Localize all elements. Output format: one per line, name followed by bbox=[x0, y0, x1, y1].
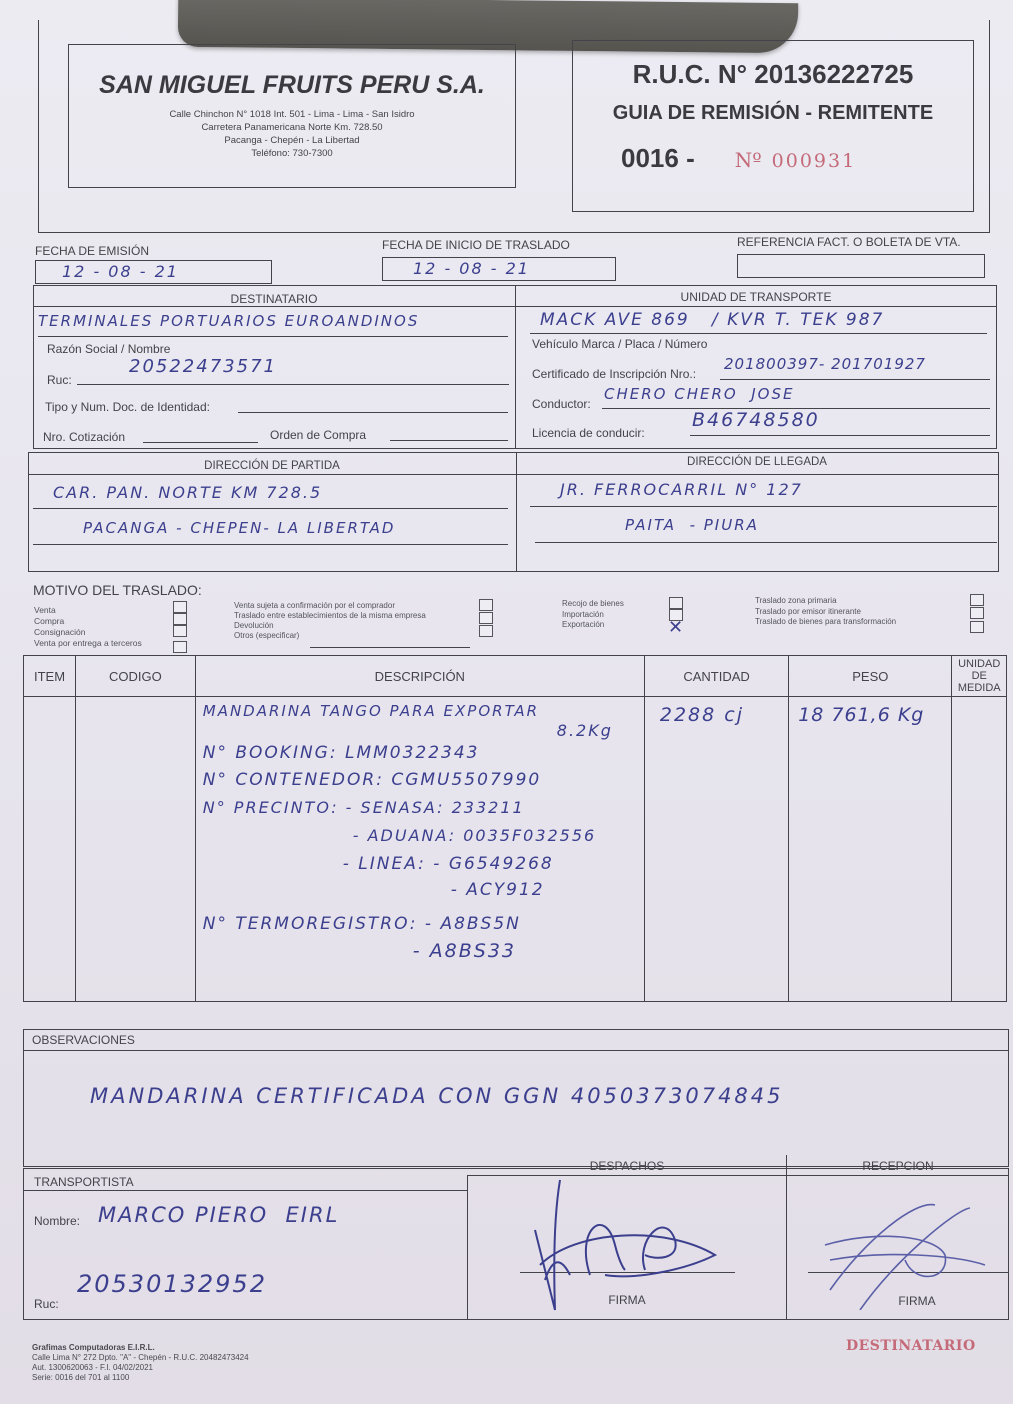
items-table: ITEM CODIGO DESCRIPCIÓN CANTIDAD PESO UN… bbox=[23, 655, 1007, 1002]
observaciones-header-line bbox=[23, 1050, 1009, 1051]
items-header-row: ITEM CODIGO DESCRIPCIÓN CANTIDAD PESO UN… bbox=[24, 656, 1007, 697]
header-cantidad: CANTIDAD bbox=[644, 656, 788, 697]
printer-series: Serie: 0016 del 701 al 1100 bbox=[32, 1373, 249, 1383]
checkbox-venta-sujeta[interactable] bbox=[479, 599, 493, 611]
fecha-inicio-field[interactable]: 12 - 08 - 21 bbox=[382, 257, 616, 281]
licencia-value: B46748580 bbox=[692, 409, 820, 431]
motivo-col3: Recojo de bienes Importación Exportación bbox=[562, 599, 624, 631]
peso-value: 18 761,6 Kg bbox=[790, 698, 950, 726]
llegada-value-2: PAITA - PIURA bbox=[625, 516, 759, 534]
checkbox-recojo[interactable] bbox=[669, 597, 683, 609]
cell-codigo bbox=[76, 697, 196, 1002]
motivo-venta: Venta bbox=[34, 605, 142, 616]
fecha-emision-field[interactable]: 12 - 08 - 21 bbox=[35, 260, 272, 284]
licencia-field[interactable]: B46748580 bbox=[690, 409, 990, 436]
despachos-signature-icon bbox=[515, 1170, 745, 1330]
checkbox-traslado-establecimientos[interactable] bbox=[479, 612, 493, 624]
vehiculo-field[interactable]: MACK AVE 869 / KVR T. TEK 987 bbox=[530, 309, 987, 334]
conductor-value: CHERO CHERO JOSE bbox=[604, 385, 794, 403]
company-name: SAN MIGUEL FRUITS PERU S.A. bbox=[69, 71, 515, 100]
cell-peso: 18 761,6 Kg bbox=[789, 697, 952, 1002]
doc-identidad-field[interactable] bbox=[238, 398, 508, 413]
conductor-field[interactable]: CHERO CHERO JOSE bbox=[602, 384, 990, 409]
motivo-compra: Compra bbox=[34, 616, 142, 627]
checkbox-transformacion[interactable] bbox=[970, 621, 984, 633]
motivo-venta-terceros: Venta por entrega a terceros bbox=[34, 638, 142, 649]
divider-vertical bbox=[515, 285, 516, 449]
header-item: ITEM bbox=[24, 656, 76, 697]
motivo-emisor-itinerante: Traslado por emisor itinerante bbox=[755, 607, 896, 618]
checkbox-exportacion[interactable]: ✕ bbox=[669, 622, 683, 634]
document-number-prefix: Nº bbox=[735, 148, 762, 172]
referencia-field[interactable] bbox=[737, 254, 985, 278]
company-address-3: Pacanga - Chepén - La Libertad bbox=[69, 134, 515, 147]
printer-authorization: Aut. 1300620063 - F.I. 04/02/2021 bbox=[32, 1363, 249, 1373]
transporte-title: UNIDAD DE TRANSPORTE bbox=[516, 290, 996, 304]
transportista-title: TRANSPORTISTA bbox=[34, 1175, 134, 1189]
desc-precinto: N° PRECINTO: - SENASA: 233211 bbox=[203, 794, 643, 822]
partida-line-2[interactable]: PACANGA - CHEPEN- LA LIBERTAD bbox=[33, 514, 508, 545]
razon-social-field[interactable]: TERMINALES PORTUARIOS EUROANDINOS bbox=[38, 312, 508, 337]
printer-address: Calle Lima N° 272 Dpto. "A" - Chepén - R… bbox=[32, 1353, 249, 1363]
checkbox-compra[interactable] bbox=[173, 613, 187, 625]
razon-social-value: TERMINALES PORTUARIOS EUROANDINOS bbox=[38, 312, 419, 330]
observaciones-text[interactable]: MANDARINA CERTIFICADA CON GGN 4050373074… bbox=[90, 1084, 784, 1108]
transportista-nombre-label: Nombre: bbox=[34, 1214, 80, 1228]
motivo-exportacion: Exportación bbox=[562, 620, 624, 631]
company-phone: Teléfono: 730-7300 bbox=[69, 147, 515, 160]
printer-info: Grafimas Computadoras E.I.R.L. Calle Lim… bbox=[32, 1343, 249, 1383]
ruc-number: R.U.C. N° 20136222725 bbox=[573, 59, 973, 90]
cotizacion-field[interactable] bbox=[143, 428, 258, 443]
transportista-divider bbox=[467, 1175, 468, 1320]
document-number: 000931 bbox=[772, 150, 857, 172]
table-row: MANDARINA TANGO PARA EXPORTAR 8.2Kg N° B… bbox=[24, 697, 1007, 1002]
motivo-col2: Venta sujeta a confirmación por el compr… bbox=[234, 601, 426, 641]
motivo-zona-primaria: Traslado zona primaria bbox=[755, 596, 896, 607]
cell-cantidad: 2288 cj bbox=[644, 697, 788, 1002]
checkbox-venta-terceros[interactable] bbox=[173, 641, 187, 653]
otros-especificar-field[interactable] bbox=[310, 640, 470, 648]
copy-label: DESTINATARIO bbox=[846, 1338, 976, 1354]
orden-compra-field[interactable] bbox=[390, 426, 508, 441]
cell-unidad bbox=[952, 697, 1007, 1002]
desc-aduana: - ADUANA: 0035F032556 bbox=[203, 822, 643, 850]
partida-value-2: PACANGA - CHEPEN- LA LIBERTAD bbox=[83, 519, 395, 537]
document-type: GUIA DE REMISIÓN - REMITENTE bbox=[573, 102, 973, 125]
company-address-2: Carretera Panamericana Norte Km. 728.50 bbox=[69, 121, 515, 134]
referencia-label: REFERENCIA FACT. O BOLETA DE VTA. bbox=[737, 235, 961, 249]
firmas-divider bbox=[786, 1155, 787, 1320]
licencia-label: Licencia de conducir: bbox=[532, 426, 645, 440]
recepcion-title: RECEPCION bbox=[787, 1159, 1009, 1173]
desc-termoregistro: N° TERMOREGISTRO: - A8BS5N bbox=[203, 906, 643, 942]
desc-termoregistro-2: - A8BS33 bbox=[203, 942, 643, 960]
cotizacion-label: Nro. Cotización bbox=[43, 430, 125, 444]
razon-social-label: Razón Social / Nombre bbox=[47, 342, 170, 356]
motivo-col1: Venta Compra Consignación Venta por entr… bbox=[34, 605, 142, 649]
desc-line-1: MANDARINA TANGO PARA EXPORTAR bbox=[203, 702, 643, 721]
conductor-label: Conductor: bbox=[532, 397, 591, 411]
check-mark-icon: ✕ bbox=[668, 617, 683, 638]
certificado-value: 201800397- 201701927 bbox=[724, 355, 926, 373]
transportista-ruc-label: Ruc: bbox=[34, 1297, 59, 1311]
vehiculo-value: MACK AVE 869 / KVR T. TEK 987 bbox=[540, 310, 884, 330]
direcciones-divider bbox=[516, 452, 517, 572]
document-series: 0016 - bbox=[621, 143, 695, 174]
desc-linea-2: - ACY912 bbox=[203, 878, 643, 902]
doc-identidad-label: Tipo y Num. Doc. de Identidad: bbox=[45, 400, 210, 414]
motivo-traslado-establecimientos: Traslado entre establecimientos de la mi… bbox=[234, 611, 426, 621]
observaciones-title: OBSERVACIONES bbox=[32, 1033, 135, 1047]
header-unidad: UNIDAD DE MEDIDA bbox=[952, 656, 1007, 697]
motivo-consignacion: Consignación bbox=[34, 627, 142, 638]
desc-weight: 8.2Kg bbox=[203, 721, 643, 740]
header-peso: PESO bbox=[789, 656, 952, 697]
ruc-box: R.U.C. N° 20136222725 GUIA DE REMISIÓN -… bbox=[572, 40, 974, 212]
cell-descripcion: MANDARINA TANGO PARA EXPORTAR 8.2Kg N° B… bbox=[195, 697, 644, 1002]
fecha-inicio-value: 12 - 08 - 21 bbox=[413, 259, 530, 278]
checkbox-consignacion[interactable] bbox=[173, 625, 187, 637]
motivo-col4: Traslado zona primaria Traslado por emis… bbox=[755, 596, 896, 628]
motivo-importacion: Importación bbox=[562, 610, 624, 621]
fecha-inicio-label: FECHA DE INICIO DE TRASLADO bbox=[382, 238, 570, 252]
company-address-1: Calle Chinchon N° 1018 Int. 501 - Lima -… bbox=[69, 108, 515, 121]
orden-compra-label: Orden de Compra bbox=[270, 428, 366, 442]
printer-name: Grafimas Computadoras E.I.R.L. bbox=[32, 1343, 249, 1353]
checkbox-devolucion[interactable] bbox=[479, 625, 493, 637]
motivo-devolucion: Devolución bbox=[234, 621, 426, 631]
motivo-venta-sujeta: Venta sujeta a confirmación por el compr… bbox=[234, 601, 426, 611]
transportista-header-line bbox=[23, 1190, 468, 1191]
cantidad-value: 2288 cj bbox=[646, 698, 787, 726]
partida-value-1: CAR. PAN. NORTE KM 728.5 bbox=[53, 483, 322, 502]
vehiculo-label: Vehículo Marca / Placa / Número bbox=[532, 337, 707, 351]
transportista-ruc-value[interactable]: 20530132952 bbox=[77, 1270, 267, 1298]
divider-horizontal bbox=[33, 306, 997, 307]
llegada-title: DIRECCIÓN DE LLEGADA bbox=[516, 456, 998, 468]
transportista-nombre-value[interactable]: MARCO PIERO EIRL bbox=[98, 1203, 339, 1227]
llegada-line-2[interactable]: PAITA - PIURA bbox=[535, 512, 997, 543]
fecha-emision-value: 12 - 08 - 21 bbox=[62, 262, 179, 281]
desc-booking: N° BOOKING: LMM0322343 bbox=[203, 740, 643, 766]
ruc-field[interactable]: 20522473571 bbox=[77, 356, 509, 385]
recepcion-signature-icon bbox=[815, 1200, 995, 1310]
motivo-transformacion: Traslado de bienes para transformación bbox=[755, 617, 896, 628]
destinatario-title: DESTINATARIO bbox=[33, 292, 515, 306]
checkbox-venta[interactable] bbox=[173, 601, 187, 613]
desc-contenedor: N° CONTENEDOR: CGMU5507990 bbox=[203, 766, 643, 794]
ruc-value: 20522473571 bbox=[129, 356, 277, 377]
fecha-emision-label: FECHA DE EMISIÓN bbox=[35, 244, 149, 258]
partida-line-1[interactable]: CAR. PAN. NORTE KM 728.5 bbox=[33, 480, 508, 509]
certificado-field[interactable]: 201800397- 201701927 bbox=[720, 355, 990, 380]
direcciones-header-line bbox=[28, 474, 998, 475]
llegada-line-1[interactable]: JR. FERROCARRIL N° 127 bbox=[530, 478, 997, 507]
motivo-title: MOTIVO DEL TRASLADO: bbox=[33, 582, 202, 598]
ruc-label: Ruc: bbox=[47, 373, 72, 387]
header-descripcion: DESCRIPCIÓN bbox=[195, 656, 644, 697]
partida-title: DIRECCIÓN DE PARTIDA bbox=[28, 460, 516, 472]
header-codigo: CODIGO bbox=[76, 656, 196, 697]
cell-item bbox=[24, 697, 76, 1002]
company-box: SAN MIGUEL FRUITS PERU S.A. Calle Chinch… bbox=[68, 44, 516, 188]
checkbox-zona-primaria[interactable] bbox=[970, 594, 984, 606]
checkbox-emisor-itinerante[interactable] bbox=[970, 607, 984, 619]
certificado-label: Certificado de Inscripción Nro.: bbox=[532, 367, 696, 381]
motivo-recojo: Recojo de bienes bbox=[562, 599, 624, 610]
desc-linea: - LINEA: - G6549268 bbox=[203, 850, 643, 878]
llegada-value-1: JR. FERROCARRIL N° 127 bbox=[560, 480, 803, 499]
